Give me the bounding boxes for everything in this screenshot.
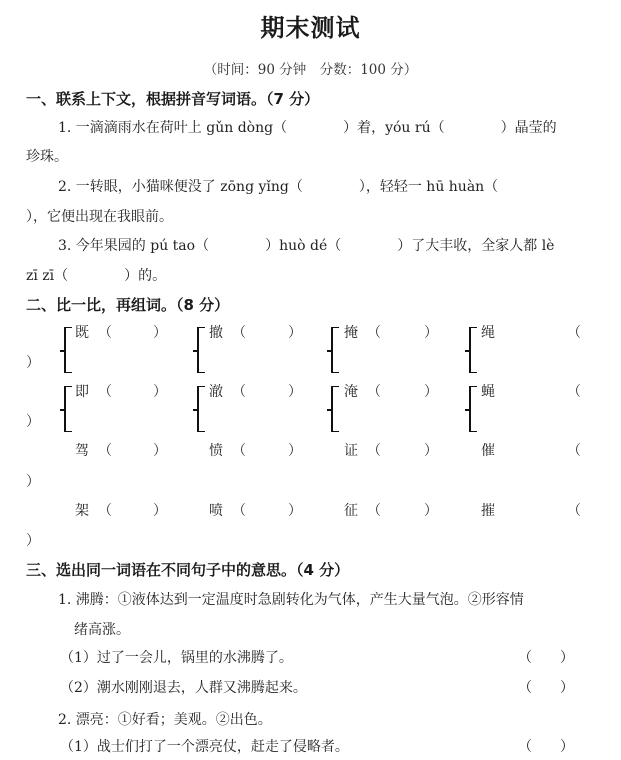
char-item: 催 <box>481 440 495 460</box>
brace-icon <box>197 386 205 432</box>
answer-blank[interactable]: ） <box>288 500 302 520</box>
char-item: 淹 <box>344 381 358 401</box>
open-paren: （ <box>367 440 381 460</box>
open-paren: （ <box>567 322 581 342</box>
open-paren: （ <box>367 381 381 401</box>
answer-blank[interactable]: ） <box>26 471 40 491</box>
s1-line-6: zī zī（ ）的。 <box>26 265 166 285</box>
char-item: 即 <box>75 381 89 401</box>
open-paren: （ <box>98 440 112 460</box>
s3-q1-definition-cont: 绪高涨。 <box>74 619 130 639</box>
answer-blank[interactable]: ） <box>26 352 40 372</box>
s3-q2-definition: 2. 漂亮：①好看；美观。②出色。 <box>58 709 272 729</box>
char-item: 驾 <box>75 440 89 460</box>
open-paren: （ <box>567 440 581 460</box>
open-paren: （ <box>567 381 581 401</box>
s3-q1-sentence-2: （2）潮水刚刚退去，人群又沸腾起来。 <box>60 677 307 697</box>
open-paren: （ <box>567 500 581 520</box>
char-item: 澈 <box>209 381 223 401</box>
brace-icon <box>64 386 72 432</box>
char-item: 架 <box>75 500 89 520</box>
char-item: 撤 <box>209 322 223 342</box>
answer-blank[interactable]: ） <box>26 411 40 431</box>
answer-blank[interactable]: ） <box>288 440 302 460</box>
char-item: 愤 <box>209 440 223 460</box>
brace-icon <box>469 327 477 373</box>
answer-blank[interactable]: ） <box>288 322 302 342</box>
answer-blank[interactable]: （ ） <box>518 647 574 667</box>
s1-line-1: 1. 一滴滴雨水在荷叶上 gǔn dòng（ ）着，yóu rú（ ）晶莹的 <box>58 117 557 137</box>
brace-icon <box>331 327 339 373</box>
open-paren: （ <box>98 500 112 520</box>
s1-line-2: 珍珠。 <box>26 146 68 166</box>
section-1-title: 一、联系上下文，根据拼音写词语。（7 分） <box>26 88 319 109</box>
answer-blank[interactable]: （ ） <box>518 736 574 756</box>
open-paren: （ <box>232 500 246 520</box>
char-item: 摧 <box>481 500 495 520</box>
open-paren: （ <box>232 440 246 460</box>
answer-blank[interactable]: （ ） <box>518 677 574 697</box>
open-paren: （ <box>232 322 246 342</box>
open-paren: （ <box>367 500 381 520</box>
section-2-title: 二、比一比，再组词。（8 分） <box>26 294 229 315</box>
open-paren: （ <box>232 381 246 401</box>
answer-blank[interactable]: ） <box>26 530 40 550</box>
char-item: 绳 <box>481 322 495 342</box>
answer-blank[interactable]: ） <box>288 381 302 401</box>
open-paren: （ <box>98 322 112 342</box>
char-item: 证 <box>344 440 358 460</box>
char-item: 掩 <box>344 322 358 342</box>
s1-line-3: 2. 一转眼，小猫咪便没了 zōng yǐng（ ），轻轻一 hū huàn（ <box>58 176 498 196</box>
s3-q1-sentence-1: （1）过了一会儿，锅里的水沸腾了。 <box>60 647 293 667</box>
brace-icon <box>197 327 205 373</box>
char-item: 喷 <box>209 500 223 520</box>
answer-blank[interactable]: ） <box>424 500 438 520</box>
open-paren: （ <box>98 381 112 401</box>
open-paren: （ <box>367 322 381 342</box>
answer-blank[interactable]: ） <box>424 440 438 460</box>
answer-blank[interactable]: ） <box>153 440 167 460</box>
answer-blank[interactable]: ） <box>424 322 438 342</box>
s1-line-4: ），它便出现在我眼前。 <box>26 206 173 226</box>
answer-blank[interactable]: ） <box>153 500 167 520</box>
answer-blank[interactable]: ） <box>153 322 167 342</box>
char-item: 蝇 <box>481 381 495 401</box>
exam-meta: （时间：90 分钟 分数：100 分） <box>0 58 621 78</box>
answer-blank[interactable]: ） <box>153 381 167 401</box>
s3-q2-sentence-1: （1）战士们打了一个漂亮仗，赶走了侵略者。 <box>60 736 349 756</box>
s1-line-5: 3. 今年果园的 pú tao（ ）huò dé（ ）了大丰收，全家人都 lè <box>58 235 554 255</box>
char-item: 既 <box>75 322 89 342</box>
brace-icon <box>331 386 339 432</box>
s3-q1-definition: 1. 沸腾：①液体达到一定温度时急剧转化为气体，产生大量气泡。②形容情 <box>58 589 524 609</box>
answer-blank[interactable]: ） <box>424 381 438 401</box>
section-3-title: 三、选出同一词语在不同句子中的意思。（4 分） <box>26 559 349 580</box>
brace-icon <box>64 327 72 373</box>
page-title: 期末测试 <box>0 8 621 43</box>
brace-icon <box>469 386 477 432</box>
char-item: 征 <box>344 500 358 520</box>
